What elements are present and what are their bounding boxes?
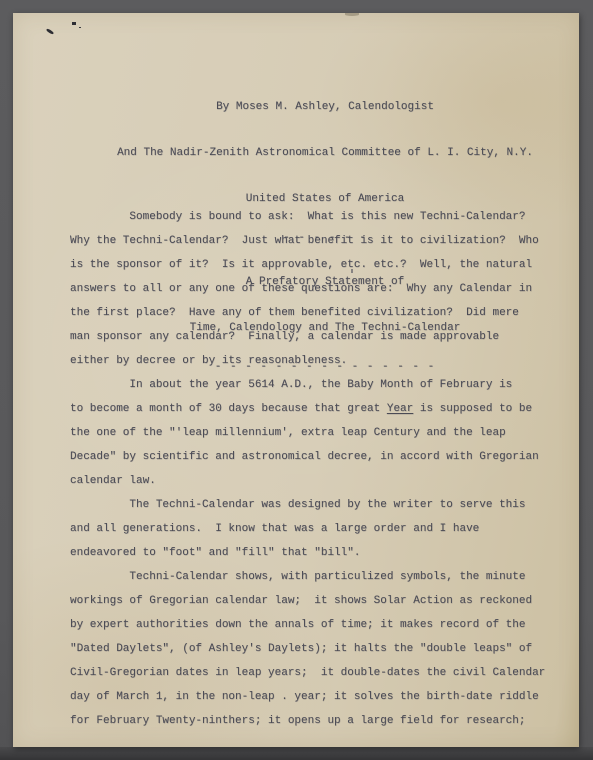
text-line: to become a month of 30 days because tha… — [70, 397, 570, 421]
underlined-word: Year — [387, 403, 413, 415]
text-line: "Dated Daylets", (of Ashley's Daylets); … — [70, 637, 570, 661]
text-line: Decade" by scientific and astronomical d… — [70, 445, 570, 469]
text-line: Somebody is bound to ask: What is this n… — [70, 205, 570, 229]
text-line: for February Twenty-ninthers; it opens u… — [70, 709, 570, 733]
document-page: By Moses M. Ashley, Calendologist And Th… — [13, 13, 579, 747]
text-line: In about the year 5614 A.D., the Baby Mo… — [70, 373, 570, 397]
table-edge-shadow — [0, 747, 593, 760]
text-line: day of March 1, in the non-leap . year; … — [70, 685, 570, 709]
text-line: calendar law. — [70, 469, 570, 493]
ink-speck — [72, 22, 76, 25]
text-line: endeavored to "foot" and "fill" that "bi… — [70, 541, 570, 565]
text-line: by expert authorities down the annals of… — [70, 613, 570, 637]
text-segment: to become a month of 30 days because tha… — [70, 403, 387, 415]
paper-edge-notch — [345, 13, 359, 16]
body-text: Somebody is bound to ask: What is this n… — [70, 205, 570, 733]
committee-line: And The Nadir-Zenith Astronomical Commit… — [71, 142, 579, 164]
text-line: answers to all or any one of these quest… — [70, 277, 570, 301]
text-line: workings of Gregorian calendar law; it s… — [70, 589, 570, 613]
text-line: The Techni-Calendar was designed by the … — [70, 493, 570, 517]
text-segment: is supposed to be — [413, 403, 532, 415]
text-line: the one of the "'leap millennium', extra… — [70, 421, 570, 445]
text-line: Why the Techni-Calendar? Just what benef… — [70, 229, 570, 253]
text-line: and all generations. I know that was a l… — [70, 517, 570, 541]
text-line: Civil-Gregorian dates in leap years; it … — [70, 661, 570, 685]
text-line: man sponsor any calendar? Finally, a cal… — [70, 325, 570, 349]
text-line: either by decree or by its reasonablenes… — [70, 349, 570, 373]
text-line: the first place? Have any of them benefi… — [70, 301, 570, 325]
text-line: Techni-Calendar shows, with particulized… — [70, 565, 570, 589]
ink-speck — [46, 28, 54, 35]
byline: By Moses M. Ashley, Calendologist — [71, 96, 579, 118]
text-line: is the sponsor of it? Is it approvable, … — [70, 253, 570, 277]
scan-background: By Moses M. Ashley, Calendologist And Th… — [0, 0, 593, 760]
